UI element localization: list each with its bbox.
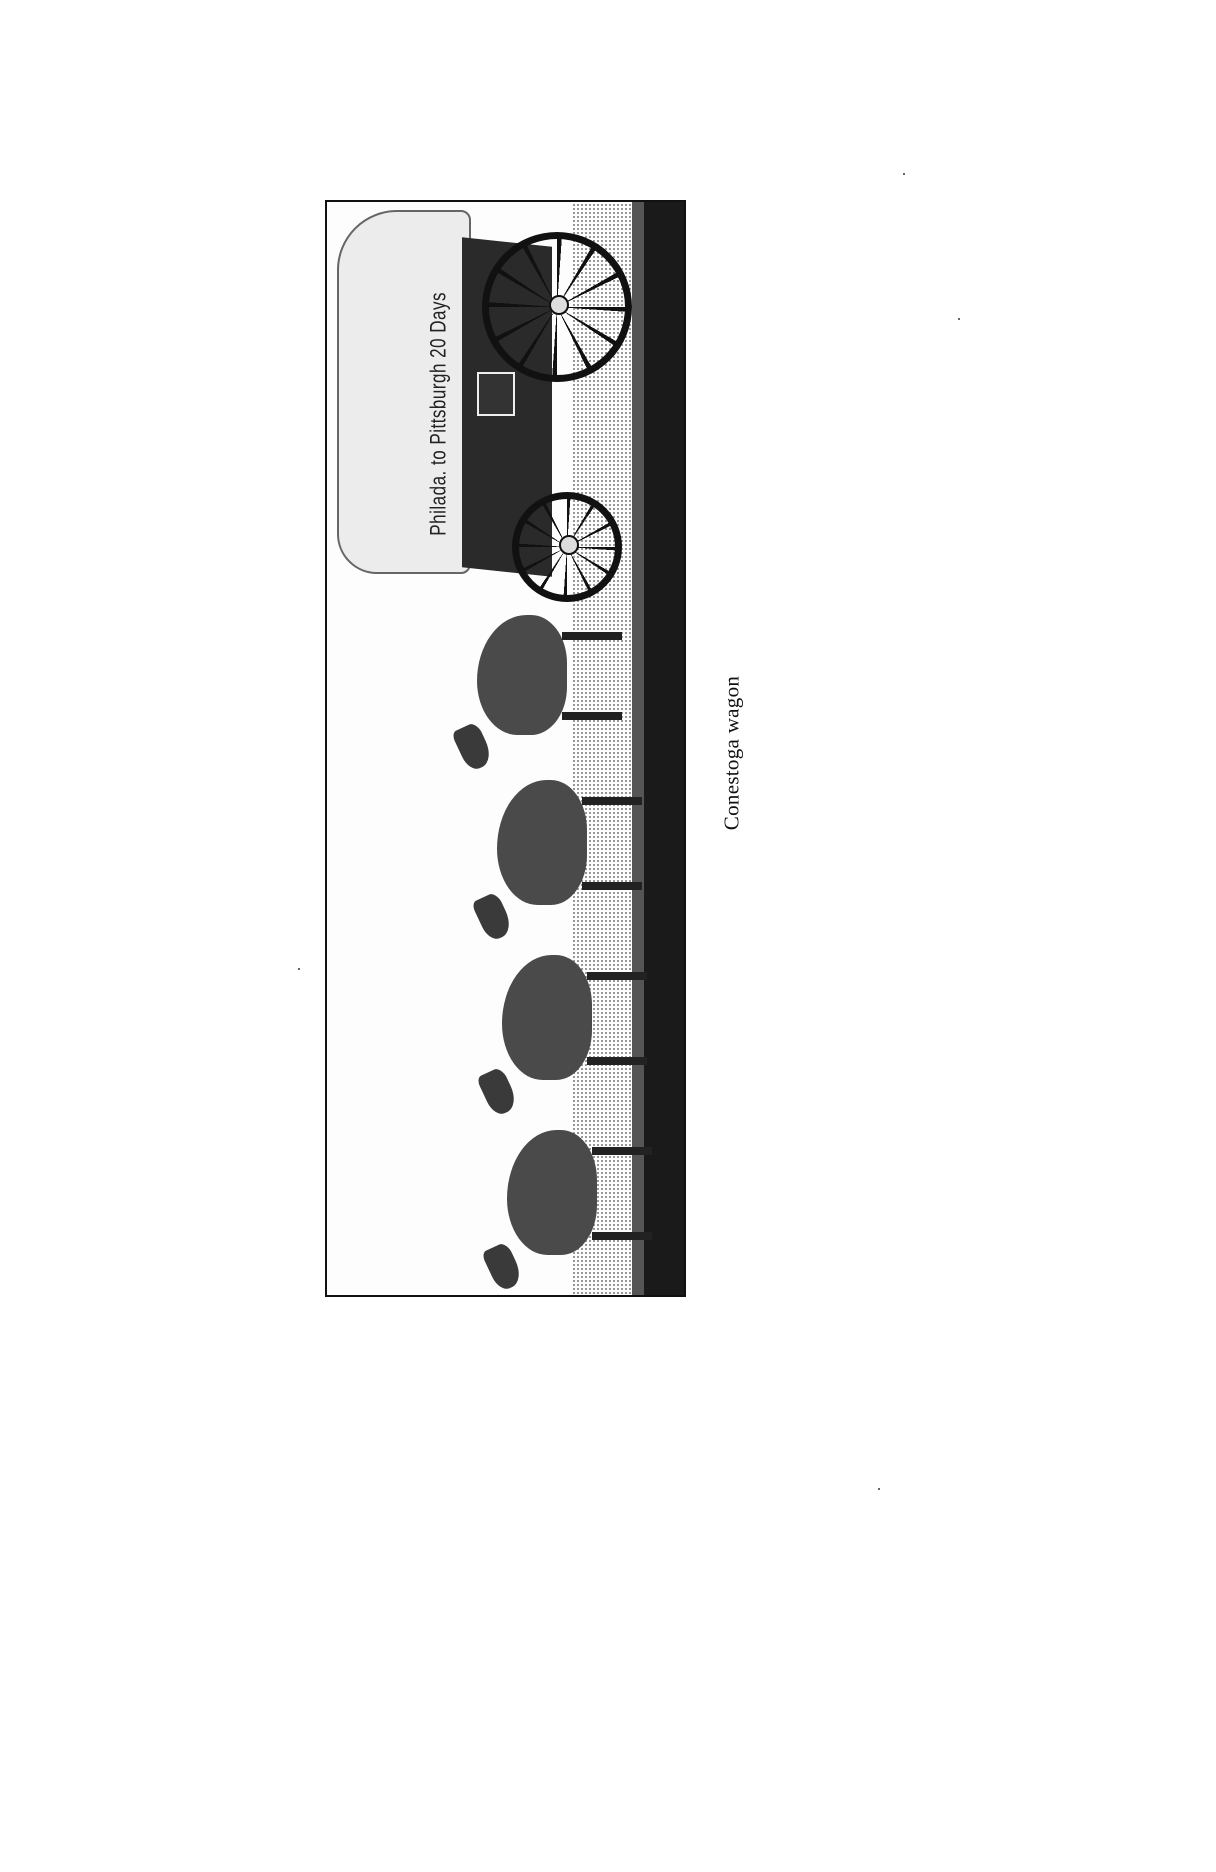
- photo-plate: Philada. to Pittsburgh 20 Days: [325, 200, 686, 1297]
- scan-speck: [958, 318, 960, 320]
- book-page: Philada. to Pittsburgh 20 Days: [0, 0, 1216, 1872]
- scan-speck: [903, 173, 905, 175]
- wagon-wheel-front: [482, 232, 632, 382]
- horse-leg: [587, 972, 647, 980]
- horse-leg: [587, 1057, 647, 1065]
- horse-leg: [582, 797, 642, 805]
- road-edge: [632, 202, 644, 1295]
- horse-leg: [562, 632, 622, 640]
- photo-scene: Philada. to Pittsburgh 20 Days: [327, 202, 684, 1295]
- wagon-wheel-rear: [512, 492, 622, 602]
- scan-speck: [878, 1488, 880, 1490]
- road: [644, 202, 684, 1295]
- horse-leg: [592, 1147, 652, 1155]
- figure-caption: Conestoga wagon: [718, 673, 746, 833]
- scan-speck: [298, 968, 300, 970]
- horse-leg: [562, 712, 622, 720]
- caption-text: Conestoga wagon: [720, 676, 745, 830]
- horse-leg: [582, 882, 642, 890]
- wagon-box-panel: [477, 372, 515, 416]
- wagon-lettering: Philada. to Pittsburgh 20 Days: [426, 292, 452, 536]
- horse-leg: [592, 1232, 652, 1240]
